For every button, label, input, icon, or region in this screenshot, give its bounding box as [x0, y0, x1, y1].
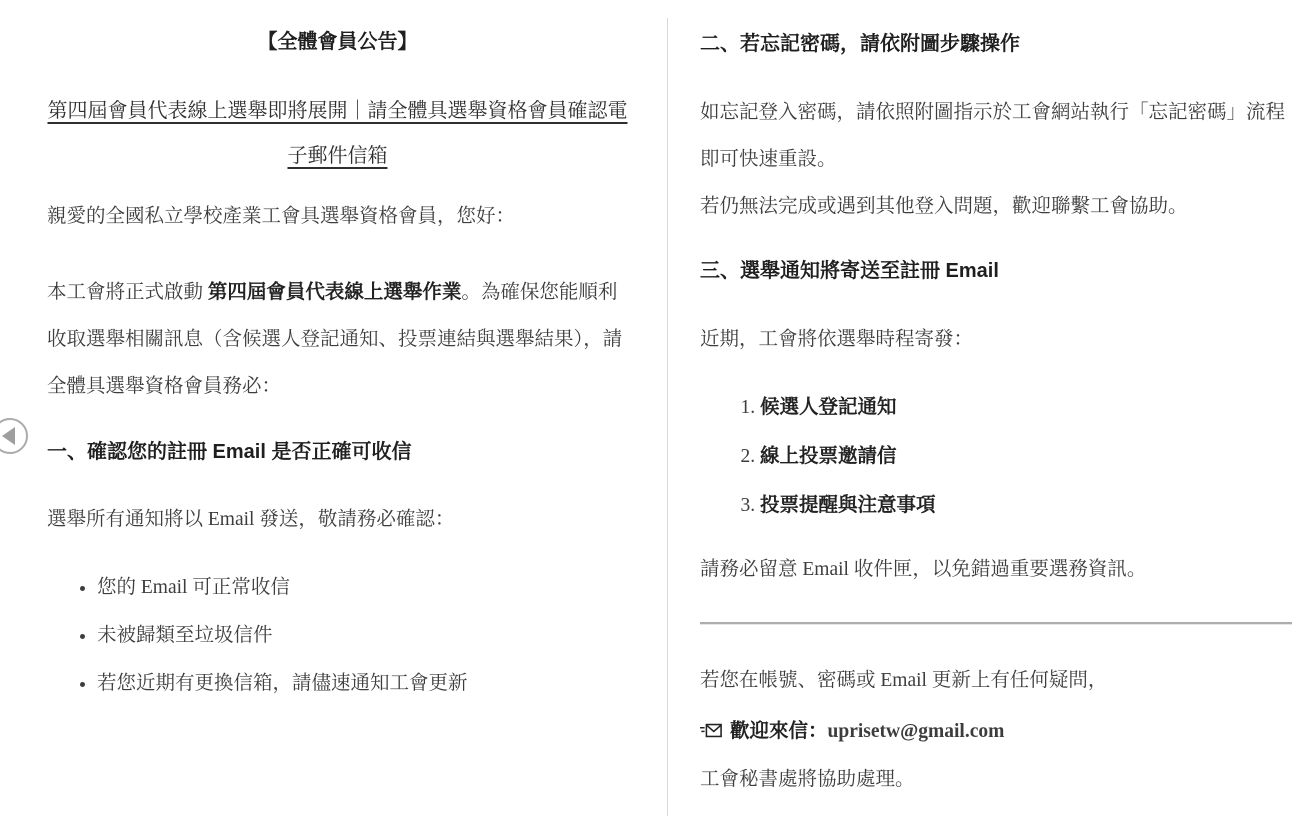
section-divider — [700, 622, 1292, 625]
section-1-intro: 選舉所有通知將以 Email 發送，敬請務必確認： — [47, 496, 628, 543]
section-2-line-2: 若仍無法完成或遇到其他登入問題，歡迎聯繫工會協助。 — [700, 196, 1188, 217]
intro-prefix: 本工會將正式啟動 — [47, 282, 208, 303]
section-1-heading: 一、確認您的註冊 Email 是否正確可收信 — [47, 429, 628, 476]
list-item: 投票提醒與注意事項 — [760, 481, 1292, 530]
section-3-heading: 三、選舉通知將寄送至註冊 Email — [700, 248, 1292, 295]
email-check-list: 您的 Email 可正常收信 未被歸類至垃圾信件 若您近期有更換信箱，請儘速通知… — [47, 564, 628, 708]
list-item: 您的 Email 可正常收信 — [97, 564, 628, 612]
greeting-text: 親愛的全國私立學校產業工會具選舉資格會員，您好： — [47, 193, 628, 240]
announcement-title: 【全體會員公告】 — [47, 19, 628, 66]
section-2-heading: 二、若忘記密碼，請依附圖步驟操作 — [700, 21, 1292, 68]
list-item: 若您近期有更換信箱，請儘速通知工會更新 — [97, 660, 628, 708]
list-item-text: 候選人登記通知 — [760, 396, 897, 418]
contact-email-line: 歡迎來信：uprisetw@gmail.com — [700, 708, 1292, 755]
section-2-paragraph: 如忘記登入密碼，請依照附圖指示於工會網站執行「忘記密碼」流程即可快速重設。 若仍… — [700, 89, 1292, 230]
announcement-page: 【全體會員公告】 第四屆會員代表線上選舉即將展開｜請全體具選舉資格會員確認電子郵… — [0, 0, 1306, 816]
right-column: 二、若忘記密碼，請依附圖步驟操作 如忘記登入密碼，請依照附圖指示於工會網站執行「… — [700, 0, 1292, 803]
section-3-note: 請務必留意 Email 收件匣，以免錯過重要選務資訊。 — [700, 546, 1292, 593]
contact-email-address: uprisetw@gmail.com — [828, 721, 1005, 742]
column-divider — [667, 18, 668, 816]
list-item: 候選人登記通知 — [760, 383, 1292, 432]
previous-slide-button[interactable] — [0, 418, 28, 454]
list-item: 未被歸類至垃圾信件 — [97, 612, 628, 660]
contact-question-line: 若您在帳號、密碼或 Email 更新上有任何疑問， — [700, 657, 1292, 704]
announcement-subtitle: 第四屆會員代表線上選舉即將展開｜請全體具選舉資格會員確認電子郵件信箱 — [47, 89, 628, 179]
intro-paragraph: 本工會將正式啟動 第四屆會員代表線上選舉作業。為確保您能順利收取選舉相關訊息（含… — [47, 269, 628, 410]
previous-arrow-icon — [2, 427, 15, 445]
contact-closing-line: 工會秘書處將協助處理。 — [700, 756, 1292, 803]
section-2-line-1: 如忘記登入密碼，請依照附圖指示於工會網站執行「忘記密碼」流程即可快速重設。 — [700, 102, 1285, 170]
contact-label: 歡迎來信： — [730, 720, 828, 742]
section-3-intro: 近期，工會將依選舉時程寄發： — [700, 316, 1292, 363]
list-item-text: 投票提醒與注意事項 — [760, 494, 936, 516]
left-column: 【全體會員公告】 第四屆會員代表線上選舉即將展開｜請全體具選舉資格會員確認電子郵… — [47, 0, 628, 708]
election-notice-list: 候選人登記通知 線上投票邀請信 投票提醒與注意事項 — [700, 383, 1292, 530]
list-item: 線上投票邀請信 — [760, 432, 1292, 481]
intro-bold-text: 第四屆會員代表線上選舉作業 — [208, 281, 462, 303]
list-item-text: 線上投票邀請信 — [760, 445, 897, 467]
envelope-icon — [700, 722, 722, 739]
